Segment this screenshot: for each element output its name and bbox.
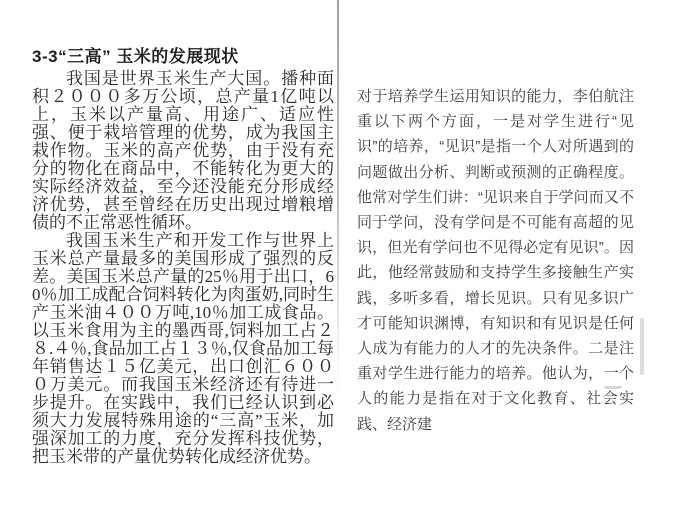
page-edge-divider-line — [337, 0, 339, 405]
scrollbar-thumb[interactable] — [640, 318, 644, 375]
right-article-paragraph: 对于培养学生运用知识的能力，李伯航注重以下两个方面，一是对学生进行“见识”的培养… — [357, 84, 634, 437]
left-article-paragraph-2: 我国玉米生产和开发工作与世界上玉米总产量最多的美国形成了强烈的反差。美国玉米总产… — [32, 232, 334, 466]
right-article-text: 对于培养学生运用知识的能力，李伯航注重以下两个方面，一是对学生进行“见识”的培养… — [357, 84, 634, 437]
article-heading: 3-3“三高” 玉米的发展现状 — [32, 42, 334, 67]
scroll-hint-dash — [604, 386, 622, 389]
left-article-paragraph-1: 我国是世界玉米生产大国。播种面积２０００多万公顷，总产量1亿吨以上，玉米以产量高… — [32, 70, 334, 232]
left-article-scan: 3-3“三高” 玉米的发展现状 我国是世界玉米生产大国。播种面积２０００多万公顷… — [32, 42, 334, 466]
document-page-view: 3-3“三高” 玉米的发展现状 我国是世界玉米生产大国。播种面积２０００多万公顷… — [0, 0, 690, 517]
